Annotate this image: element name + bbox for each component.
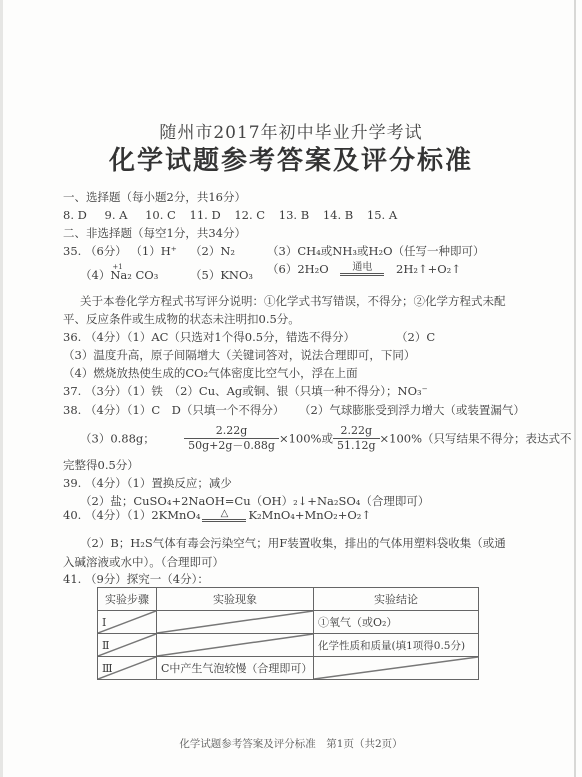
phenomenon-cell	[157, 611, 314, 634]
q38-answer2: （2）气球膨胀受到浮力增大（或装置漏气）	[299, 403, 525, 417]
q35-answer4: （4）+1Na₂ CO₃	[80, 268, 158, 282]
answer-12: 12. C	[234, 208, 265, 222]
answer-14: 14. B	[323, 208, 353, 222]
answer-15: 15. A	[367, 208, 397, 222]
valence-formula: +1Na₂ CO₃	[110, 268, 158, 282]
q35-answer1: （1）H⁺	[130, 244, 176, 258]
q39-line1: 39. （4分）（1）置换反应；减少	[63, 476, 232, 490]
experiment-table: 实验步骤 实验现象 实验结论 Ⅰ ①氧气（或O₂） Ⅱ 化学性质和质量(填1项得…	[97, 587, 479, 680]
reaction-condition: 通电	[340, 262, 384, 276]
q38-line2: （3）0.88g； 2.22g50g+2g－0.88g×100%或2.22g51…	[80, 424, 572, 453]
page-edge-right	[574, 0, 576, 777]
answer-9: 9. A	[105, 208, 128, 222]
q40-line3: 入碱溶液或水中）。（合理即可）	[63, 555, 224, 569]
q36-answer2: （2）C	[396, 330, 435, 344]
equation-note-line2: 平、反应条件或生成物的状态未注明扣0.5分。	[63, 312, 300, 326]
answer-13: 13. B	[279, 208, 309, 222]
valence-mark: +1	[112, 260, 122, 274]
header-conclusion: 实验结论	[314, 588, 479, 611]
step-cell: Ⅱ	[98, 634, 157, 657]
q35-line1: 35. （6分） （1）H⁺	[63, 244, 177, 258]
page-edge-left	[0, 0, 3, 777]
section2-heading: 二、非选择题（每空1分，共34分）	[63, 226, 246, 240]
q35-label: 35. （6分）	[63, 244, 127, 258]
q40-line2: （2）B；H₂S气体有毒会污染空气；用F装置收集，排出的气体用塑料袋收集（或通	[80, 536, 506, 550]
q35-answer5: （5）KNO₃	[190, 268, 253, 282]
table-header-row: 实验步骤 实验现象 实验结论	[98, 588, 479, 611]
phenomenon-cell	[157, 634, 314, 657]
q38-line1: 38. （4分）（1）C D（只填一个不得分）	[63, 403, 284, 417]
q35-answer2: （2）N₂	[190, 244, 235, 258]
q35-answer6: （6）2H₂O 通电 2H₂↑+O₂↑	[267, 262, 461, 276]
step-cell: Ⅰ	[98, 611, 157, 634]
heat-condition: △	[202, 508, 246, 522]
section1-answers: 8. D 9. A 10. C 11. D 12. C 13. B 14. B …	[63, 208, 397, 222]
q41-heading: 41. （9分）探究一（4分）：	[63, 572, 209, 586]
page-footer: 化学试题参考答案及评分标准 第1页（共2页）	[0, 736, 582, 751]
q35-answer3: （3）CH₄或NH₃或H₂O（任写一种即可）	[267, 244, 485, 258]
conclusion-cell: ①氧气（或O₂）	[314, 611, 479, 634]
q36-line2: （3）温度升高，原子间隔增大（关键词答对，说法合理即可，下同）	[63, 348, 415, 362]
q37: 37. （3分）（1）铁 （2）Cu、Ag或铜、银（只填一种不得分）；NO₃⁻	[63, 384, 428, 398]
table-row: Ⅲ C中产生气泡较慢（合理即可）	[98, 657, 479, 680]
conclusion-cell	[314, 657, 479, 680]
section1-heading: 一、选择题（每小题2分，共16分）	[63, 190, 246, 204]
q40-line1: 40. （4分）（1）2KMnO₄△K₂MnO₄+MnO₂+O₂↑	[63, 508, 371, 522]
fraction-2: 2.22g51.12g	[333, 424, 380, 453]
conclusion-cell: 化学性质和质量(填1项得0.5分)	[314, 634, 479, 657]
q36-line1: 36. （4分）（1）AC（只选对1个得0.5分，错选不得分）	[63, 330, 355, 344]
header-step: 实验步骤	[98, 588, 157, 611]
step-cell: Ⅲ	[98, 657, 157, 680]
answer-8: 8. D	[63, 208, 87, 222]
header-phenomenon: 实验现象	[157, 588, 314, 611]
q38-line3: 完整得0.5分）	[63, 458, 139, 472]
answer-10: 10. C	[145, 208, 176, 222]
equation-note-line1: 关于本卷化学方程式书写评分说明：①化学式书写错误，不得分；②化学方程式未配	[80, 294, 506, 308]
q36-line3: （4）燃烧放热使生成的CO₂气体密度比空气小，浮在上面	[63, 366, 358, 380]
fraction-1: 2.22g50g+2g－0.88g	[184, 424, 279, 453]
q39-line2: （2）盐；CuSO₄+2NaOH=Cu（OH）₂↓+Na₂SO₄（合理即可）	[80, 494, 429, 508]
phenomenon-cell: C中产生气泡较慢（合理即可）	[157, 657, 314, 680]
table-row: Ⅱ 化学性质和质量(填1项得0.5分)	[98, 634, 479, 657]
answer-11: 11. D	[190, 208, 221, 222]
table-row: Ⅰ ①氧气（或O₂）	[98, 611, 479, 634]
page-title: 化学试题参考答案及评分标准	[0, 140, 582, 177]
